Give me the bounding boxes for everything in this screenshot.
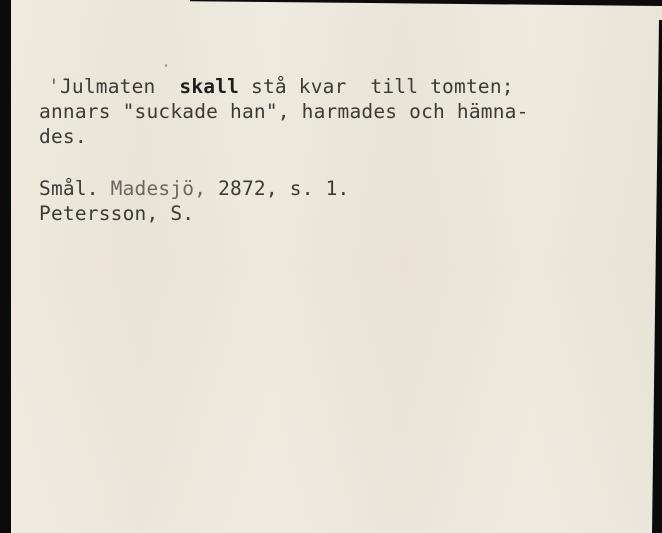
- body-line-2: annars "suckade han", harmades och hämna…: [39, 99, 529, 124]
- source-informant-line: Petersson, S.: [39, 201, 194, 226]
- source-place: Madesjö,: [99, 177, 206, 200]
- source-location-line: Smål. Madesjö, 2872, s. 1.: [39, 176, 349, 201]
- scanned-card-image: 'Julmaten skall stå kvar till tomten; an…: [0, 0, 662, 533]
- ink-speck: [165, 64, 167, 67]
- body-line-3: des.: [39, 124, 87, 149]
- body-line-1-rest: stå kvar till tomten;: [239, 75, 514, 98]
- opening-quote: ': [48, 75, 60, 98]
- source-region: Smål.: [39, 177, 99, 200]
- body-line-1: 'Julmaten skall stå kvar till tomten;: [48, 74, 514, 99]
- word-julmaten: Julmaten: [60, 75, 156, 98]
- index-card: 'Julmaten skall stå kvar till tomten; an…: [11, 0, 662, 533]
- source-reference: 2872, s. 1.: [206, 177, 349, 200]
- word-skall: skall: [179, 75, 239, 98]
